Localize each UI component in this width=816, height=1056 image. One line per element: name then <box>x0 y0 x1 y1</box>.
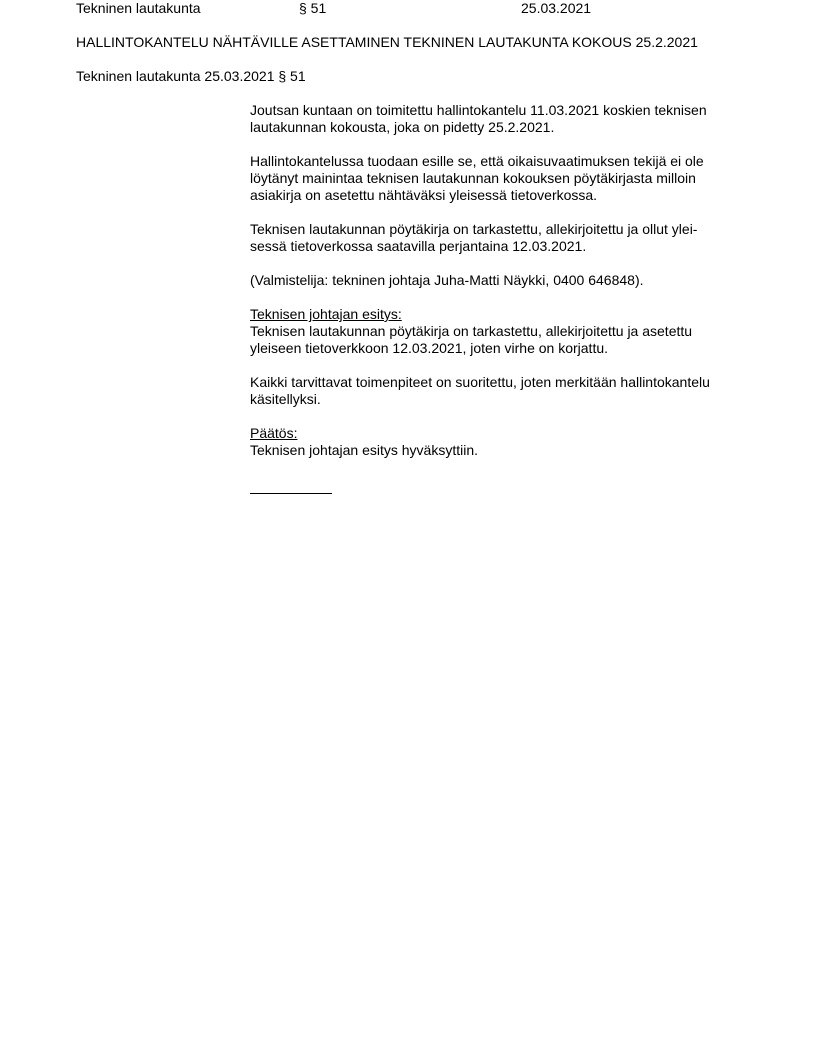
paragraph-preparer: (Valmistelija: tekninen johtaja Juha-Mat… <box>250 272 740 289</box>
header-section: § 51 <box>299 0 326 17</box>
proposal-section: Teknisen johtajan esitys: Teknisen lauta… <box>250 306 740 357</box>
proposal-heading: Teknisen johtajan esitys: <box>250 306 740 323</box>
decision-section: Päätös: Teknisen johtajan esitys hyväksy… <box>250 425 740 459</box>
paragraph-complaint-content: Hallintokantelussa tuodaan esille se, et… <box>250 153 740 204</box>
meeting-subheading: Tekninen lautakunta 25.03.2021 § 51 <box>76 68 306 85</box>
document-title: HALLINTOKANTELU NÄHTÄVILLE ASETTAMINEN T… <box>76 34 698 51</box>
proposal-text: Teknisen lautakunnan pöytäkirja on tarka… <box>250 323 740 357</box>
decision-text: Teknisen johtajan esitys hyväksyttiin. <box>250 442 740 459</box>
header-committee: Tekninen lautakunta <box>76 0 201 17</box>
document-body: Joutsan kuntaan on toimitettu hallintoka… <box>250 102 740 494</box>
closing-rule-divider <box>250 493 332 494</box>
header-date: 25.03.2021 <box>521 0 591 17</box>
paragraph-actions-completed: Kaikki tarvittavat toimenpiteet on suori… <box>250 374 740 408</box>
paragraph-complaint-received: Joutsan kuntaan on toimitettu hallintoka… <box>250 102 740 136</box>
decision-heading: Päätös: <box>250 425 740 442</box>
paragraph-minutes-status: Teknisen lautakunnan pöytäkirja on tarka… <box>250 221 740 255</box>
